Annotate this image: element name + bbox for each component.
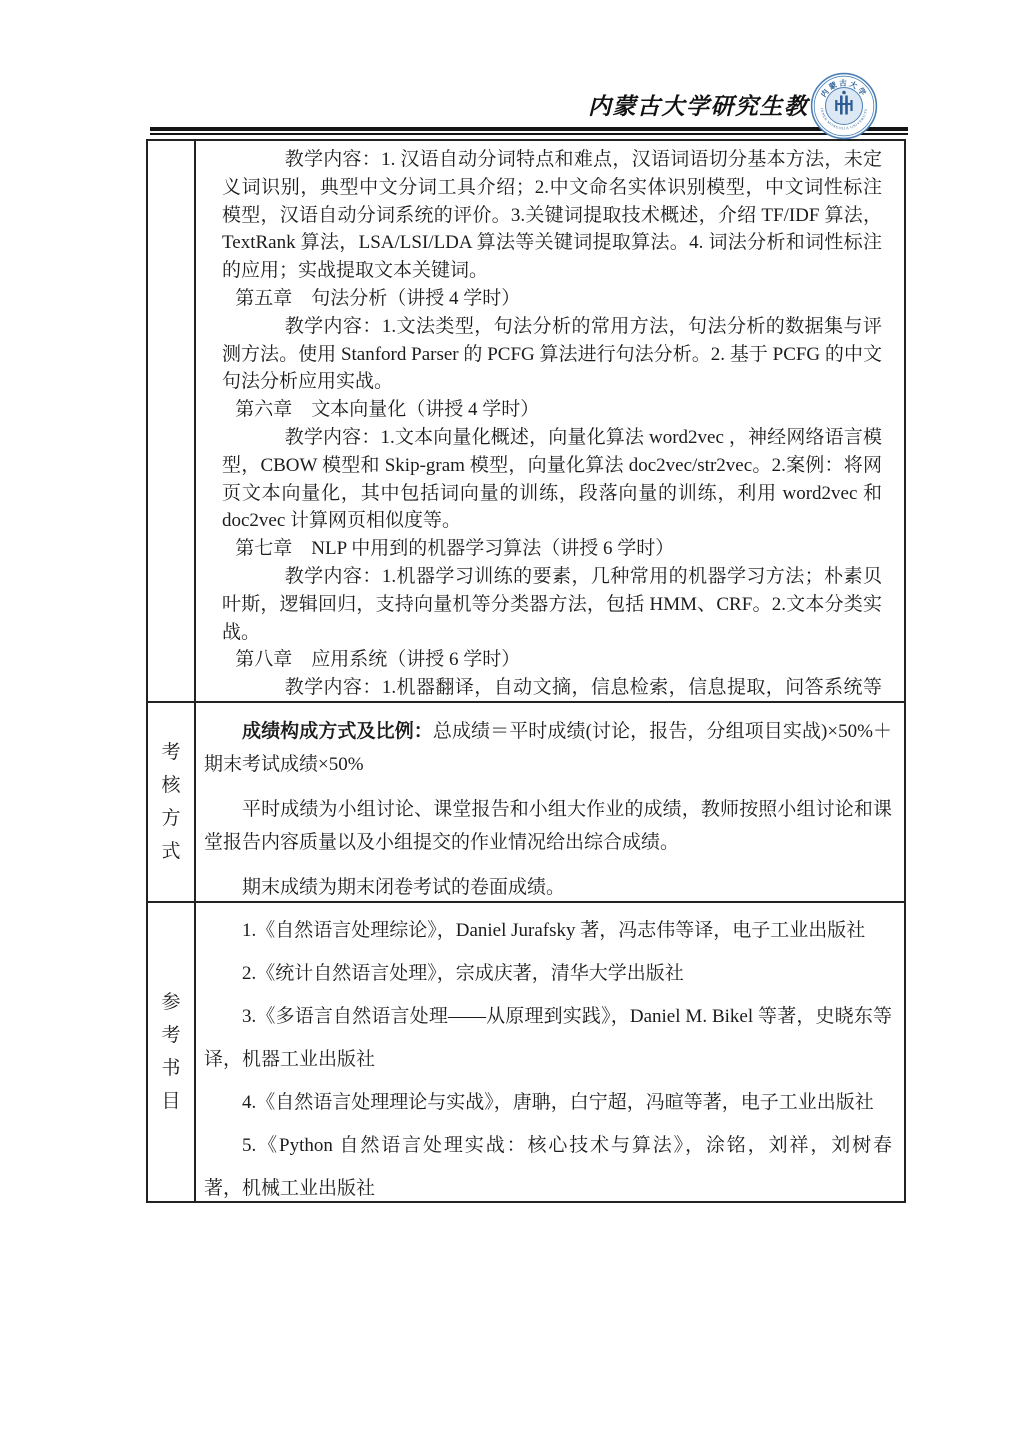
assessment-regular-grade: 平时成绩为小组讨论、课堂报告和小组大作业的成绩，教师按照小组讨论和课堂报告内容质… (204, 793, 892, 859)
syllabus-paragraph: 教学内容：1.机器学习训练的要素，几种常用的机器学习方法；朴素贝叶斯，逻辑回归，… (222, 563, 882, 646)
university-logo-icon: 内蒙古大学 INNER MONGOLIA UNIVERSITY (810, 72, 878, 140)
chapter-7-heading: 第七章 NLP 中用到的机器学习算法（讲授 6 学时） (222, 535, 882, 563)
assessment-label-cell: 考核方式 (148, 703, 196, 901)
table-row-references: 参考书目 1.《自然语言处理综论》，Daniel Jurafsky 著，冯志伟等… (148, 901, 904, 1201)
course-syllabus-table: 教学内容：1. 汉语自动分词特点和难点，汉语词语切分基本方法，未定义词识别，典型… (146, 139, 906, 1203)
assessment-row-label: 考核方式 (161, 736, 182, 868)
references-label-cell: 参考书目 (148, 903, 196, 1201)
assessment-content-cell: 成绩构成方式及比例：总成绩＝平时成绩(讨论，报告，分组项目实战)×50%＋期末考… (196, 703, 904, 901)
reference-book-item: 4.《自然语言处理理论与实战》，唐聃，白宁超，冯暄等著，电子工业出版社 (204, 1081, 892, 1124)
reference-book-item: 5.《Python 自然语言处理实战：核心技术与算法》，涂铭，刘祥，刘树春 著，… (204, 1124, 892, 1201)
assessment-final-grade: 期末成绩为期末闭卷考试的卷面成绩。 (204, 871, 892, 901)
reference-book-item: 3.《多语言自然语言处理——从原理到实践》，Daniel M. Bikel 等著… (204, 995, 892, 1081)
syllabus-paragraph: 教学内容：1.文法类型，句法分析的常用方法，句法分析的数据集与评测方法。使用 S… (222, 313, 882, 396)
assessment-grade-composition: 成绩构成方式及比例：总成绩＝平时成绩(讨论，报告，分组项目实战)×50%＋期末考… (204, 715, 892, 781)
header-divider-rule (150, 127, 908, 135)
syllabus-content-cell: 教学内容：1. 汉语自动分词特点和难点，汉语词语切分基本方法，未定义词识别，典型… (196, 141, 904, 701)
syllabus-paragraph: 教学内容：1.机器翻译，自动文摘，信息检索，信息提取，问答系统等应用介绍。2.选… (222, 674, 882, 701)
chapter-8-heading: 第八章 应用系统（讲授 6 学时） (222, 646, 882, 674)
chapter-5-heading: 第五章 句法分析（讲授 4 学时） (222, 285, 882, 313)
references-row-label: 参考书目 (161, 986, 182, 1118)
page-title: 内蒙古大学研究生教育 (588, 88, 833, 121)
grade-composition-label: 成绩构成方式及比例： (242, 721, 433, 742)
syllabus-label-cell-empty (148, 141, 196, 701)
chapter-6-heading: 第六章 文本向量化（讲授 4 学时） (222, 396, 882, 424)
table-row-syllabus: 教学内容：1. 汉语自动分词特点和难点，汉语词语切分基本方法，未定义词识别，典型… (148, 141, 904, 701)
references-content-cell: 1.《自然语言处理综论》，Daniel Jurafsky 著，冯志伟等译，电子工… (196, 903, 904, 1201)
page: { "header": { "title": "内蒙古大学研究生教育", "lo… (0, 0, 1024, 1447)
table-row-assessment: 考核方式 成绩构成方式及比例：总成绩＝平时成绩(讨论，报告，分组项目实战)×50… (148, 701, 904, 901)
reference-book-item: 1.《自然语言处理综论》，Daniel Jurafsky 著，冯志伟等译，电子工… (204, 909, 892, 952)
syllabus-paragraph: 教学内容：1.文本向量化概述，向量化算法 word2vec ，神经网络语言模型，… (222, 424, 882, 535)
syllabus-paragraph: 教学内容：1. 汉语自动分词特点和难点，汉语词语切分基本方法，未定义词识别，典型… (222, 146, 882, 285)
reference-book-item: 2.《统计自然语言处理》，宗成庆著，清华大学出版社 (204, 952, 892, 995)
